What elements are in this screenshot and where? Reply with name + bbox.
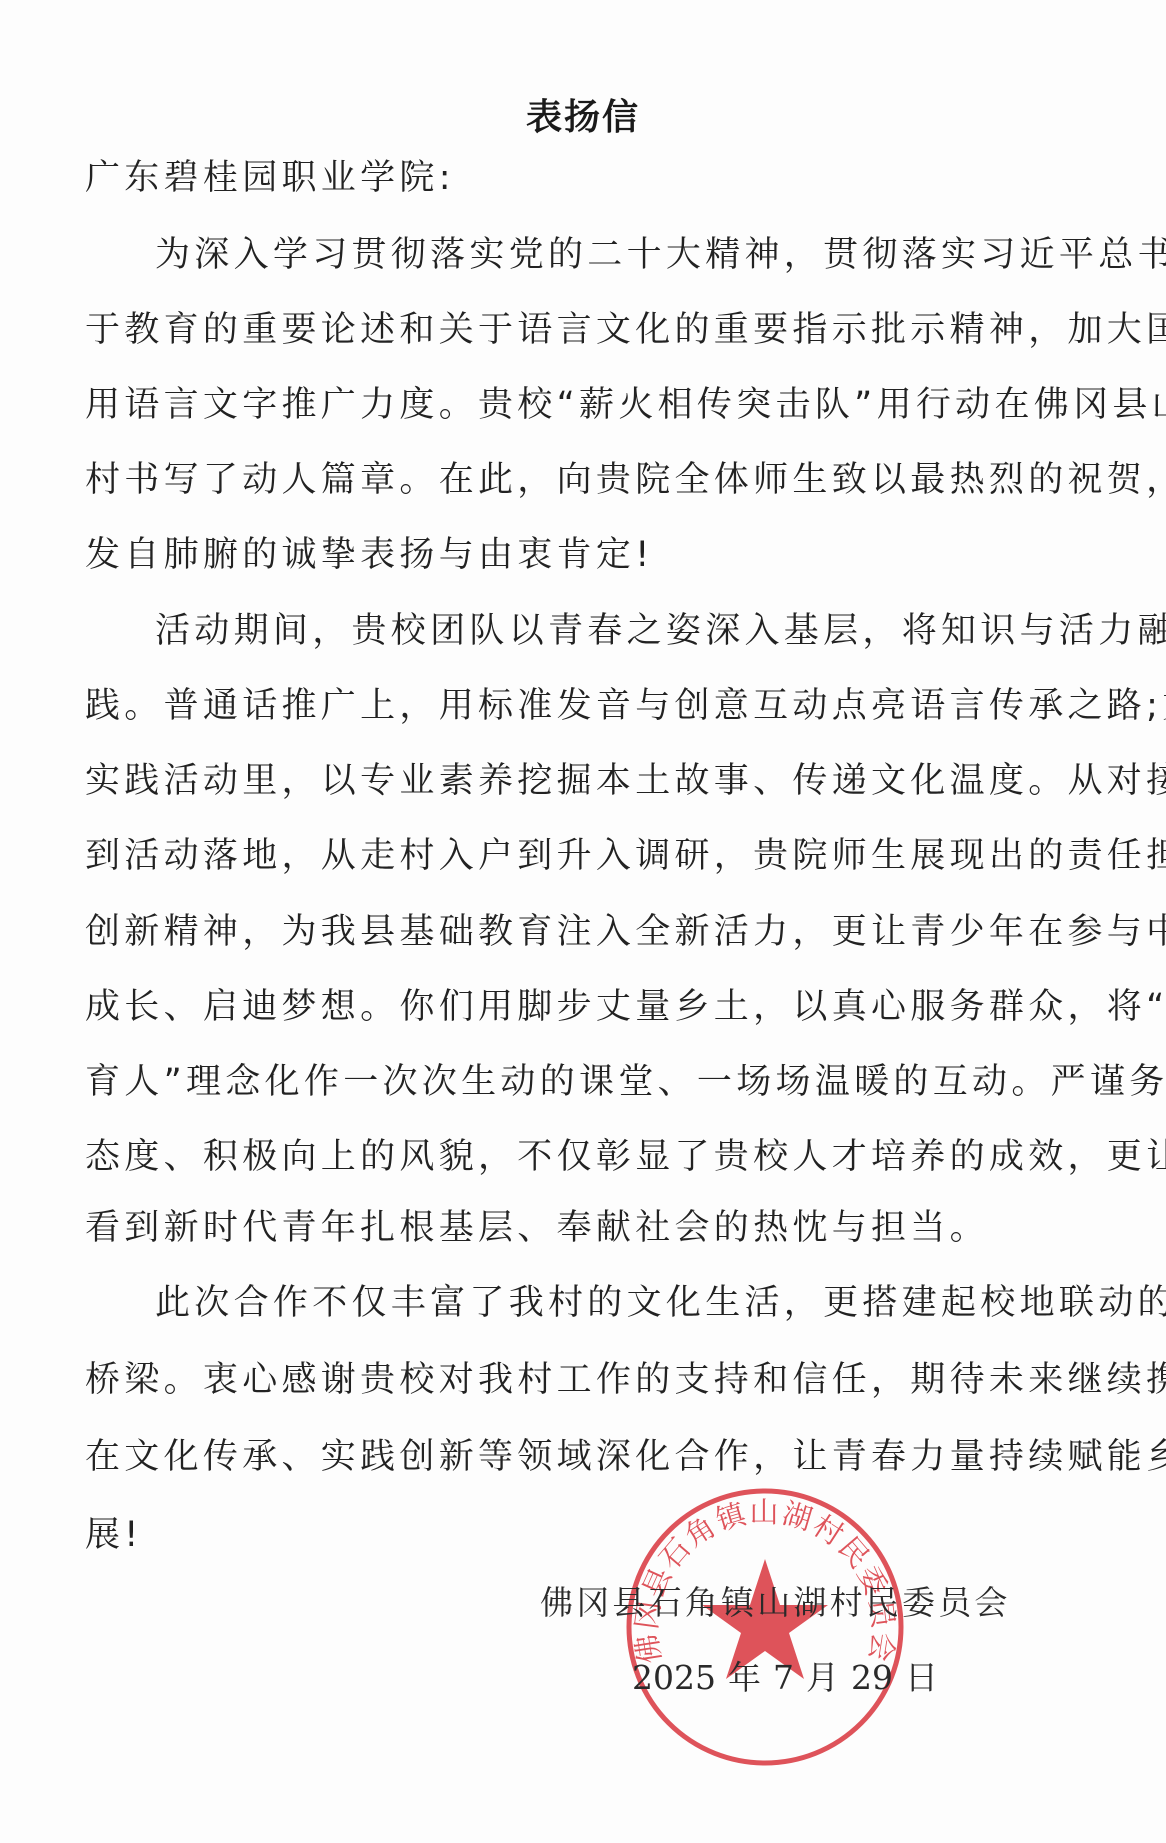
letter-page: 表扬信 广东碧桂园职业学院: 为深入学习贯彻落实党的二十大精神，贯彻落实习近平总…: [0, 0, 1166, 1843]
paragraph-line: 到活动落地，从走村入户到升入调研，贵院师生展现出的责任担当、: [85, 834, 1166, 878]
paragraph-line: 发自肺腑的诚挚表扬与由衷肯定!: [85, 533, 654, 577]
date-month-unit: 月: [806, 1658, 839, 1697]
paragraph-line: 育人”理念化作一次次生动的课堂、一场场温暖的互动。严谨务实的: [85, 1060, 1166, 1104]
paragraph-line: 此次合作不仅丰富了我村的文化生活，更搭建起校地联动的良好: [155, 1281, 1166, 1325]
paragraph-line: 展!: [85, 1513, 143, 1557]
letter-date: 2025年7月29日: [632, 1656, 950, 1700]
date-day-unit: 日: [905, 1658, 938, 1697]
paragraph-line: 看到新时代青年扎根基层、奉献社会的热忱与担当。: [85, 1206, 989, 1250]
paragraph-line: 活动期间，贵校团队以青春之姿深入基层，将知识与活力融入实: [155, 609, 1166, 653]
salutation: 广东碧桂园职业学院:: [85, 156, 455, 200]
paragraph-line: 成长、启迪梦想。你们用脚步丈量乡土，以真心服务群众，将“实践: [85, 985, 1166, 1029]
date-year: 2025: [632, 1658, 716, 1697]
paragraph-line: 桥梁。衷心感谢贵校对我村工作的支持和信任，期待未来继续携手，: [85, 1358, 1166, 1402]
signature-organization: 佛冈县石角镇山湖村民委员会: [540, 1581, 1011, 1625]
date-year-unit: 年: [728, 1658, 761, 1697]
paragraph-line: 创新精神，为我县基础教育注入全新活力，更让青少年在参与中收获: [85, 910, 1166, 954]
paragraph-line: 为深入学习贯彻落实党的二十大精神，贯彻落实习近平总书记关: [155, 233, 1166, 277]
paragraph-line: 态度、积极向上的风貌，不仅彰显了贵校人才培养的成效，更让我们: [85, 1135, 1166, 1179]
paragraph-line: 于教育的重要论述和关于语言文化的重要指示批示精神，加大国家通: [85, 308, 1166, 352]
paragraph-line: 实践活动里，以专业素养挖掘本土故事、传递文化温度。从对接协调: [85, 759, 1166, 803]
paragraph-line: 用语言文字推广力度。贵校“薪火相传突击队”用行动在佛冈县山湖: [85, 383, 1166, 427]
paragraph-line: 村书写了动人篇章。在此，向贵院全体师生致以最热烈的祝贺，以及: [85, 458, 1166, 502]
paragraph-line: 践。普通话推广上，用标准发音与创意互动点亮语言传承之路;文化: [85, 684, 1166, 728]
letter-title: 表扬信: [0, 96, 1166, 140]
official-seal: 佛冈县石角镇山湖村民委员会: [625, 1487, 905, 1767]
date-month: 7: [773, 1658, 794, 1697]
paragraph-line: 在文化传承、实践创新等领域深化合作，让青春力量持续赋能乡村发: [85, 1435, 1166, 1479]
date-day: 29: [851, 1658, 893, 1697]
